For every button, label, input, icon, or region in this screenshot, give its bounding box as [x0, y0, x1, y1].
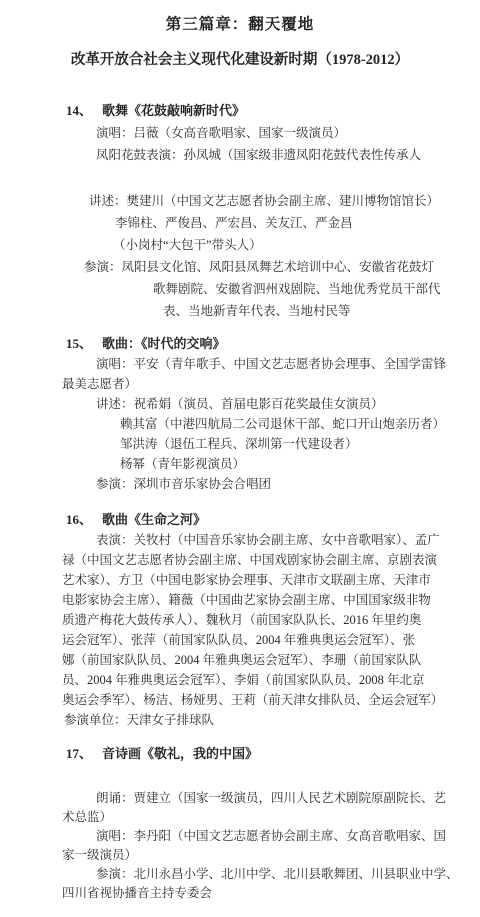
item-title: 歌曲：《时代的交响》	[102, 336, 226, 351]
text-line: 娜（前国家队队员、2004 年雅典奥运会冠军）、李珊（前国家队队	[0, 650, 480, 670]
item-number: 17、	[66, 744, 102, 763]
item-details: 演唱：平安（青年歌手、中国文艺志愿者协会理事、全国学雷锋最美志愿者）讲述：祝希娟…	[0, 354, 480, 494]
text-line: 赖其富（中港四航局二公司退休干部、蛇口开山炮亲历者）	[0, 414, 480, 434]
program-item-17: 17、音诗画《敬礼，我的中国》 朗诵：贾建立（国家一级演员，四川人民艺术剧院原副…	[0, 744, 480, 903]
text-line: 李锦柱、严俊昌、严宏昌、关友江、严金昌	[0, 212, 480, 234]
document-page: 第三篇章：翻天覆地 改革开放合社会主义现代化建设新时期（1978-2012） 1…	[0, 0, 480, 917]
program-item-15: 15、歌曲：《时代的交响》 演唱：平安（青年歌手、中国文艺志愿者协会理事、全国学…	[0, 334, 480, 494]
item-details: 表演：关牧村（中国音乐家协会副主席、女中音歌唱家）、孟广禄（中国文艺志愿者协会副…	[0, 530, 480, 730]
text-line: 家一级演员）	[0, 846, 480, 865]
item-title: 音诗画《敬礼，我的中国》	[102, 746, 258, 761]
text-line: 凤阳花鼓表演：孙凤城（国家级非遗凤阳花鼓代表性传承人	[0, 144, 480, 166]
text-line: 邹洪涛（退伍工程兵、深圳第一代建设者）	[0, 434, 480, 454]
text-line: 演唱：平安（青年歌手、中国文艺志愿者协会理事、全国学雷锋	[0, 354, 480, 374]
text-line: 歌舞剧院、安徽省泗州戏剧院、当地优秀党员干部代	[0, 278, 480, 300]
text-line: 演唱：吕薇（女高音歌唱家、国家一级演员）	[0, 122, 480, 144]
text-line: 讲述：樊建川（中国文艺志愿者协会副主席、建川博物馆馆长）	[0, 190, 480, 212]
text-line: 电影家协会主席）、籍薇（中国曲艺家协会副主席、中国国家级非物	[0, 590, 480, 610]
text-line: 参演：深圳市音乐家协会合唱团	[0, 474, 480, 494]
text-line: 四川省视协播音主持专委会	[0, 884, 480, 903]
item-details: 演唱：吕薇（女高音歌唱家、国家一级演员）凤阳花鼓表演：孙凤城（国家级非遗凤阳花鼓…	[0, 122, 480, 322]
item-number: 14、	[66, 100, 102, 122]
program-item-14: 14、歌舞《花鼓敲响新时代》 演唱：吕薇（女高音歌唱家、国家一级演员）凤阳花鼓表…	[0, 100, 480, 322]
text-line: 讲述：祝希娟（演员、首届电影百花奖最佳女演员）	[0, 394, 480, 414]
text-line: 奥运会季军）、杨洁、杨娅男、王莉（前天津女排队员、全运会冠军）	[0, 690, 480, 710]
item-heading: 15、歌曲：《时代的交响》	[0, 334, 480, 354]
text-line: 术总监）	[0, 808, 480, 827]
text-line: 艺术家）、方卫（中国电影家协会理事、天津市文联副主席、天津市	[0, 570, 480, 590]
text-line: 参演单位：天津女子排球队	[0, 710, 480, 730]
chapter-title: 第三篇章：翻天覆地	[0, 14, 480, 36]
text-line: 参演：北川永昌小学、北川中学、北川县歌舞团、川县职业中学、	[0, 865, 480, 884]
text-line: 参演：凤阳县文化馆、凤阳县凤舞艺术培训中心、安徽省花鼓灯	[0, 256, 480, 278]
item-details: 朗诵：贾建立（国家一级演员，四川人民艺术剧院原副院长、艺术总监）演唱：李丹阳（中…	[0, 789, 480, 903]
text-line: 运会冠军）、张萍（前国家队队员、2004 年雅典奥运会冠军）、张	[0, 630, 480, 650]
item-title: 歌曲《生命之河》	[102, 512, 206, 527]
text-line: 朗诵：贾建立（国家一级演员，四川人民艺术剧院原副院长、艺	[0, 789, 480, 808]
text-line: 员、2004 年雅典奥运会冠军）、李娟（前国家队队员、2008 年北京	[0, 670, 480, 690]
text-line: 表、当地新青年代表、当地村民等	[0, 300, 480, 322]
item-heading: 14、歌舞《花鼓敲响新时代》	[0, 100, 480, 122]
program-item-16: 16、歌曲《生命之河》 表演：关牧村（中国音乐家协会副主席、女中音歌唱家）、孟广…	[0, 510, 480, 730]
text-line: 演唱：李丹阳（中国文艺志愿者协会副主席、女高音歌唱家、国	[0, 827, 480, 846]
text-line: 禄（中国文艺志愿者协会副主席、中国戏剧家协会副主席、京剧表演	[0, 550, 480, 570]
item-number: 16、	[66, 510, 102, 530]
chapter-subtitle: 改革开放合社会主义现代化建设新时期（1978-2012）	[0, 49, 480, 71]
text-line: 表演：关牧村（中国音乐家协会副主席、女中音歌唱家）、孟广	[0, 530, 480, 550]
item-heading: 16、歌曲《生命之河》	[0, 510, 480, 530]
text-line: （小岗村“大包干”带头人）	[0, 234, 480, 256]
text-line: 质遗产梅花大鼓传承人）、魏秋月（前国家队队长、2016 年里约奥	[0, 610, 480, 630]
text-line: 杨幂（青年影视演员）	[0, 454, 480, 474]
item-title: 歌舞《花鼓敲响新时代》	[102, 103, 245, 118]
text-line: 最美志愿者）	[0, 374, 480, 394]
item-heading: 17、音诗画《敬礼，我的中国》	[0, 744, 480, 763]
item-number: 15、	[66, 334, 102, 354]
